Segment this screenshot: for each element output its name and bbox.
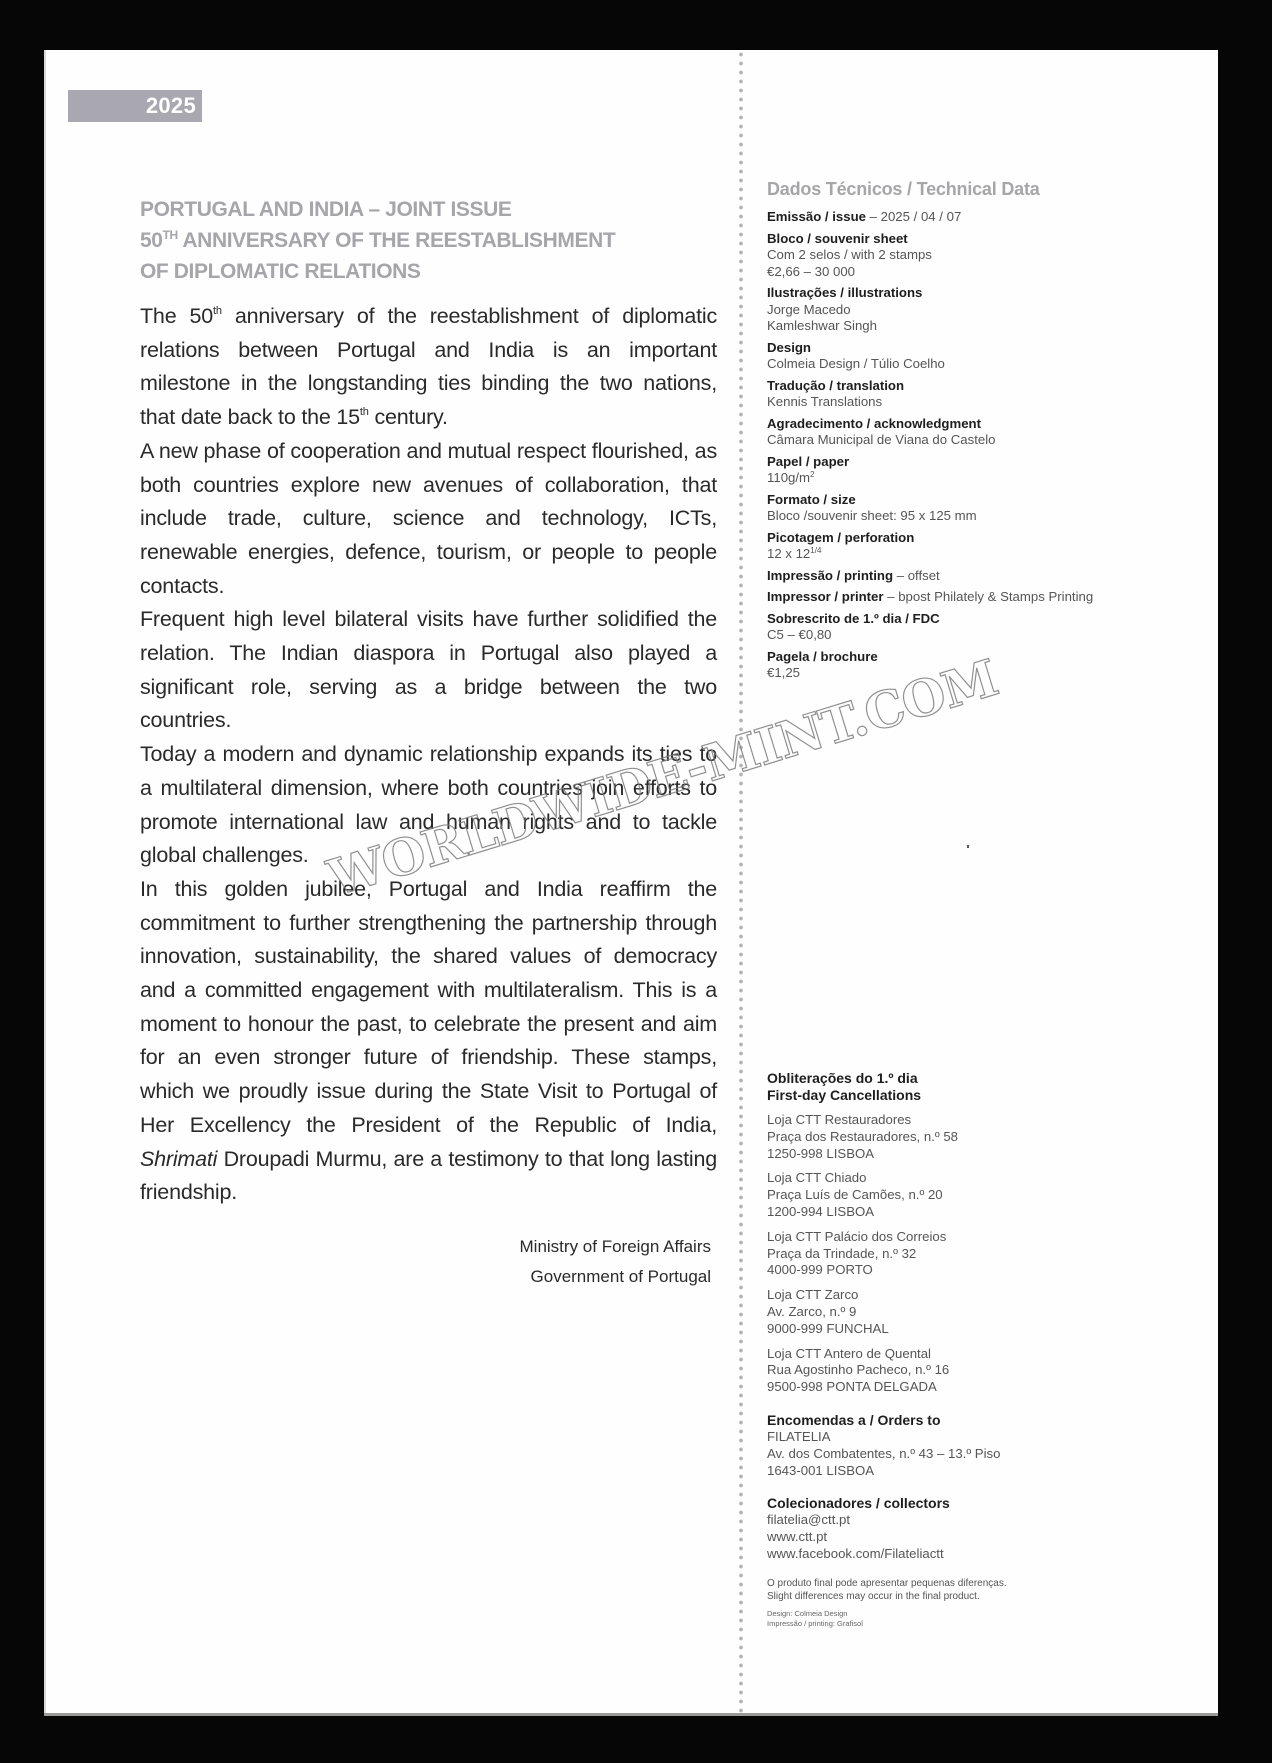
orders-line: FILATELIA (767, 1429, 1187, 1446)
disclaimer-en: Slight differences may occur in the fina… (767, 1590, 1187, 1603)
credit-design: Design: Colmeia Design (767, 1609, 1187, 1619)
page-title: PORTUGAL AND INDIA – JOINT ISSUE 50TH AN… (140, 194, 720, 287)
address-street: Av. Zarco, n.º 9 (767, 1304, 1187, 1321)
address-antero-quental: Loja CTT Antero de Quental Rua Agostinho… (767, 1346, 1187, 1396)
address-city: 9500-998 PONTA DELGADA (767, 1379, 1187, 1396)
orders-title: Encomendas a / Orders to (767, 1412, 1187, 1429)
paragraph-4: Today a modern and dynamic relationship … (140, 738, 717, 873)
tech-souvenir-sheet-line: Com 2 selos / with 2 stamps (767, 247, 1187, 264)
cancellations-heading: Obliterações do 1.º dia First-day Cancel… (767, 1070, 1187, 1104)
address-name: Loja CTT Restauradores (767, 1112, 1187, 1129)
tech-paper-label: Papel / paper (767, 454, 1187, 471)
tech-souvenir-sheet-label: Bloco / souvenir sheet (767, 231, 1187, 248)
disclaimer-note: O produto final pode apresentar pequenas… (767, 1577, 1187, 1603)
cancellations-title-pt: Obliterações do 1.º dia (767, 1070, 1187, 1087)
body-text: The 50th anniversary of the reestablishm… (140, 300, 717, 1210)
tech-translation: Tradução / translation Kennis Translatio… (767, 378, 1187, 411)
orders-to: Encomendas a / Orders to FILATELIA Av. d… (767, 1412, 1187, 1479)
tech-perforation-fraction: 1/4 (810, 546, 821, 555)
brochure-page: 2025 PORTUGAL AND INDIA – JOINT ISSUE 50… (44, 50, 1218, 1713)
tech-design: Design Colmeia Design / Túlio Coelho (767, 340, 1187, 373)
tech-size-label: Formato / size (767, 492, 1187, 509)
tech-printer-value: – bpost Philately & Stamps Printing (884, 589, 1094, 604)
cancellations-title-en: First-day Cancellations (767, 1087, 1187, 1104)
address-palacio-correios: Loja CTT Palácio dos Correios Praça da T… (767, 1229, 1187, 1279)
tech-printer-label: Impressor / printer (767, 589, 884, 604)
tech-paper-value: 110g/m2 (767, 470, 1187, 487)
p1-part-a: The 50 (140, 304, 213, 328)
tech-paper-sup: 2 (810, 470, 814, 479)
orders-line: 1643-001 LISBOA (767, 1463, 1187, 1480)
address-name: Loja CTT Zarco (767, 1287, 1187, 1304)
tech-paper: Papel / paper 110g/m2 (767, 454, 1187, 487)
tech-brochure: Pagela / brochure €1,25 (767, 649, 1187, 682)
technical-data-heading: Dados Técnicos / Technical Data (767, 178, 1187, 200)
collectors-title: Colecionadores / collectors (767, 1495, 1187, 1512)
title-line-2-ordinal: TH (163, 228, 178, 242)
year-tag: 2025 (68, 90, 202, 122)
tech-printing-label: Impressão / printing (767, 568, 893, 583)
paragraph-3: Frequent high level bilateral visits hav… (140, 603, 717, 738)
tech-printer: Impressor / printer – bpost Philately & … (767, 589, 1187, 606)
tech-design-label: Design (767, 340, 1187, 357)
credit-printing: Impressão / printing: Grafisol (767, 1619, 1187, 1629)
p5-part-b: Droupadi Murmu, are a testimony to that … (140, 1147, 717, 1205)
title-line-2: 50TH ANNIVERSARY OF THE REESTABLISHMENT (140, 225, 720, 256)
tech-souvenir-sheet-line: €2,66 – 30 000 (767, 264, 1187, 281)
tech-paper-weight: 110g/m (767, 470, 810, 485)
tech-issue: Emissão / issue – 2025 / 04 / 07 (767, 209, 1187, 226)
technical-data: Dados Técnicos / Technical Data Emissão … (767, 178, 1187, 687)
address-street: Rua Agostinho Pacheco, n.º 16 (767, 1362, 1187, 1379)
title-line-2-text: ANNIVERSARY OF THE REESTABLISHMENT (178, 229, 616, 252)
address-restauradores: Loja CTT Restauradores Praça dos Restaur… (767, 1112, 1187, 1162)
tech-acknowledgment-value: Câmara Municipal de Viana do Castelo (767, 432, 1187, 449)
address-city: 9000-999 FUNCHAL (767, 1321, 1187, 1338)
first-day-cancellations: Obliterações do 1.º dia First-day Cancel… (767, 1070, 1187, 1629)
collectors: Colecionadores / collectors filatelia@ct… (767, 1495, 1187, 1562)
print-credits: Design: Colmeia Design Impressão / print… (767, 1609, 1187, 1629)
address-city: 1200-994 LISBOA (767, 1204, 1187, 1221)
title-line-3: OF DIPLOMATIC RELATIONS (140, 256, 720, 287)
signature-line-2: Government of Portugal (140, 1262, 717, 1292)
tech-fdc-label: Sobrescrito de 1.º dia / FDC (767, 611, 1187, 628)
address-street: Praça Luís de Camões, n.º 20 (767, 1187, 1187, 1204)
address-name: Loja CTT Chiado (767, 1170, 1187, 1187)
signature-line-1: Ministry of Foreign Affairs (140, 1232, 717, 1262)
tech-printing-value: – offset (893, 568, 940, 583)
tech-brochure-value: €1,25 (767, 665, 1187, 682)
tech-souvenir-sheet: Bloco / souvenir sheet Com 2 selos / wit… (767, 231, 1187, 281)
tech-issue-label: Emissão / issue (767, 209, 866, 224)
address-street: Praça dos Restauradores, n.º 58 (767, 1129, 1187, 1146)
tech-brochure-label: Pagela / brochure (767, 649, 1187, 666)
tech-illustrations-label: Ilustrações / illustrations (767, 285, 1187, 302)
tech-acknowledgment: Agradecimento / acknowledgment Câmara Mu… (767, 416, 1187, 449)
collectors-website-link[interactable]: www.ctt.pt (767, 1529, 1187, 1546)
address-zarco: Loja CTT Zarco Av. Zarco, n.º 9 9000-999… (767, 1287, 1187, 1337)
title-line-2-number: 50 (140, 229, 163, 252)
paragraph-1: The 50th anniversary of the reestablishm… (140, 300, 717, 435)
p5-part-a: In this golden jubilee, Portugal and Ind… (140, 877, 717, 1137)
address-city: 1250-998 LISBOA (767, 1146, 1187, 1163)
tech-fdc-value: C5 – €0,80 (767, 627, 1187, 644)
tech-fdc: Sobrescrito de 1.º dia / FDC C5 – €0,80 (767, 611, 1187, 644)
tech-issue-value: – 2025 / 04 / 07 (866, 209, 961, 224)
paragraph-2: A new phase of cooperation and mutual re… (140, 435, 717, 604)
address-name: Loja CTT Antero de Quental (767, 1346, 1187, 1363)
address-name: Loja CTT Palácio dos Correios (767, 1229, 1187, 1246)
address-city: 4000-999 PORTO (767, 1262, 1187, 1279)
collectors-email-link[interactable]: filatelia@ctt.pt (767, 1512, 1187, 1529)
tech-perforation-label: Picotagem / perforation (767, 530, 1187, 547)
tech-design-value: Colmeia Design / Túlio Coelho (767, 356, 1187, 373)
tech-illustrations-line: Kamleshwar Singh (767, 318, 1187, 335)
paragraph-5: In this golden jubilee, Portugal and Ind… (140, 873, 717, 1210)
p5-italic: Shrimati (140, 1147, 217, 1171)
p1-part-c: century. (369, 405, 448, 429)
tech-perforation-value: 12 x 121/4 (767, 546, 1187, 563)
tech-size: Formato / size Bloco /souvenir sheet: 95… (767, 492, 1187, 525)
tech-printing: Impressão / printing – offset (767, 568, 1187, 585)
perforation-divider (738, 50, 744, 1713)
disclaimer-pt: O produto final pode apresentar pequenas… (767, 1577, 1187, 1590)
address-chiado: Loja CTT Chiado Praça Luís de Camões, n.… (767, 1170, 1187, 1220)
orders-line: Av. dos Combatentes, n.º 43 – 13.º Piso (767, 1446, 1187, 1463)
stray-mark (967, 845, 969, 848)
tech-size-value: Bloco /souvenir sheet: 95 x 125 mm (767, 508, 1187, 525)
tech-translation-value: Kennis Translations (767, 394, 1187, 411)
address-street: Praça da Trindade, n.º 32 (767, 1246, 1187, 1263)
title-line-1: PORTUGAL AND INDIA – JOINT ISSUE (140, 194, 720, 225)
tech-perforation: Picotagem / perforation 12 x 121/4 (767, 530, 1187, 563)
tech-perforation-gauge: 12 x 12 (767, 546, 810, 561)
tech-illustrations: Ilustrações / illustrations Jorge Macedo… (767, 285, 1187, 335)
tech-illustrations-line: Jorge Macedo (767, 302, 1187, 319)
signature: Ministry of Foreign Affairs Government o… (140, 1232, 717, 1292)
tech-acknowledgment-label: Agradecimento / acknowledgment (767, 416, 1187, 433)
p1-ordinal-b: th (360, 406, 369, 418)
collectors-facebook-link[interactable]: www.facebook.com/Filateliactt (767, 1546, 1187, 1563)
tech-translation-label: Tradução / translation (767, 378, 1187, 395)
p1-ordinal-a: th (213, 305, 222, 317)
